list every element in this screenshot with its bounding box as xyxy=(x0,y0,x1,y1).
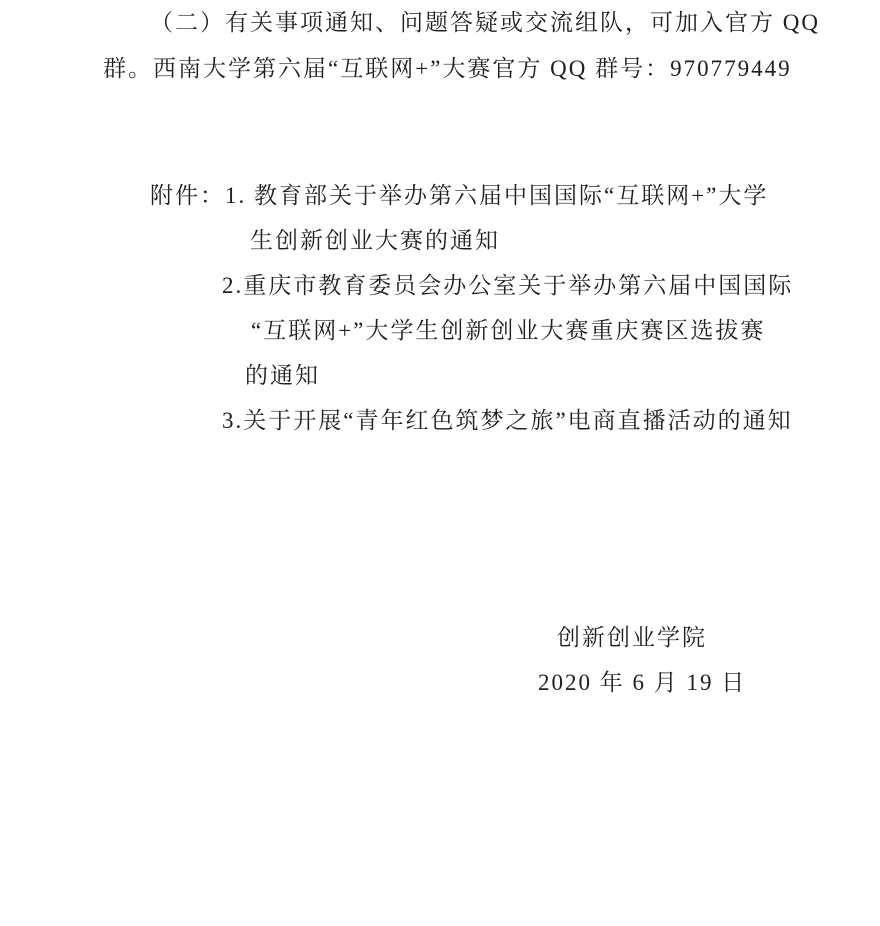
notice-line-2: 群。西南大学第六届“互联网+”大赛官方 QQ 群号：970779449 xyxy=(103,46,800,92)
attachment-2-line-2: “互联网+”大学生创新创业大赛重庆赛区选拔赛 xyxy=(103,308,800,353)
signature-organization: 创新创业学院 xyxy=(557,615,707,660)
attachment-2-line-1: 2.重庆市教育委员会办公室关于举办第六届中国国际 xyxy=(103,263,800,308)
notice-paragraph: （二）有关事项通知、问题答疑或交流组队，可加入官方 QQ 群。西南大学第六届“互… xyxy=(103,0,800,92)
signature-date: 2020 年 6 月 19 日 xyxy=(538,660,746,705)
attachments-list: 附件：1. 教育部关于举办第六届中国国际“互联网+”大学 生创新创业大赛的通知 … xyxy=(103,173,800,443)
attachment-1-line-2: 生创新创业大赛的通知 xyxy=(103,218,800,263)
signature-date-block: 2020 年 6 月 19 日 xyxy=(538,660,746,705)
attachment-3-line-1: 3.关于开展“青年红色筑梦之旅”电商直播活动的通知 xyxy=(103,398,800,443)
attachment-1-line-1: 附件：1. 教育部关于举办第六届中国国际“互联网+”大学 xyxy=(103,173,800,218)
signature-block: 创新创业学院 xyxy=(557,615,707,660)
document-page: （二）有关事项通知、问题答疑或交流组队，可加入官方 QQ 群。西南大学第六届“互… xyxy=(0,0,880,926)
attachment-2-line-3: 的通知 xyxy=(103,353,800,398)
notice-line-1: （二）有关事项通知、问题答疑或交流组队，可加入官方 QQ xyxy=(103,0,800,46)
